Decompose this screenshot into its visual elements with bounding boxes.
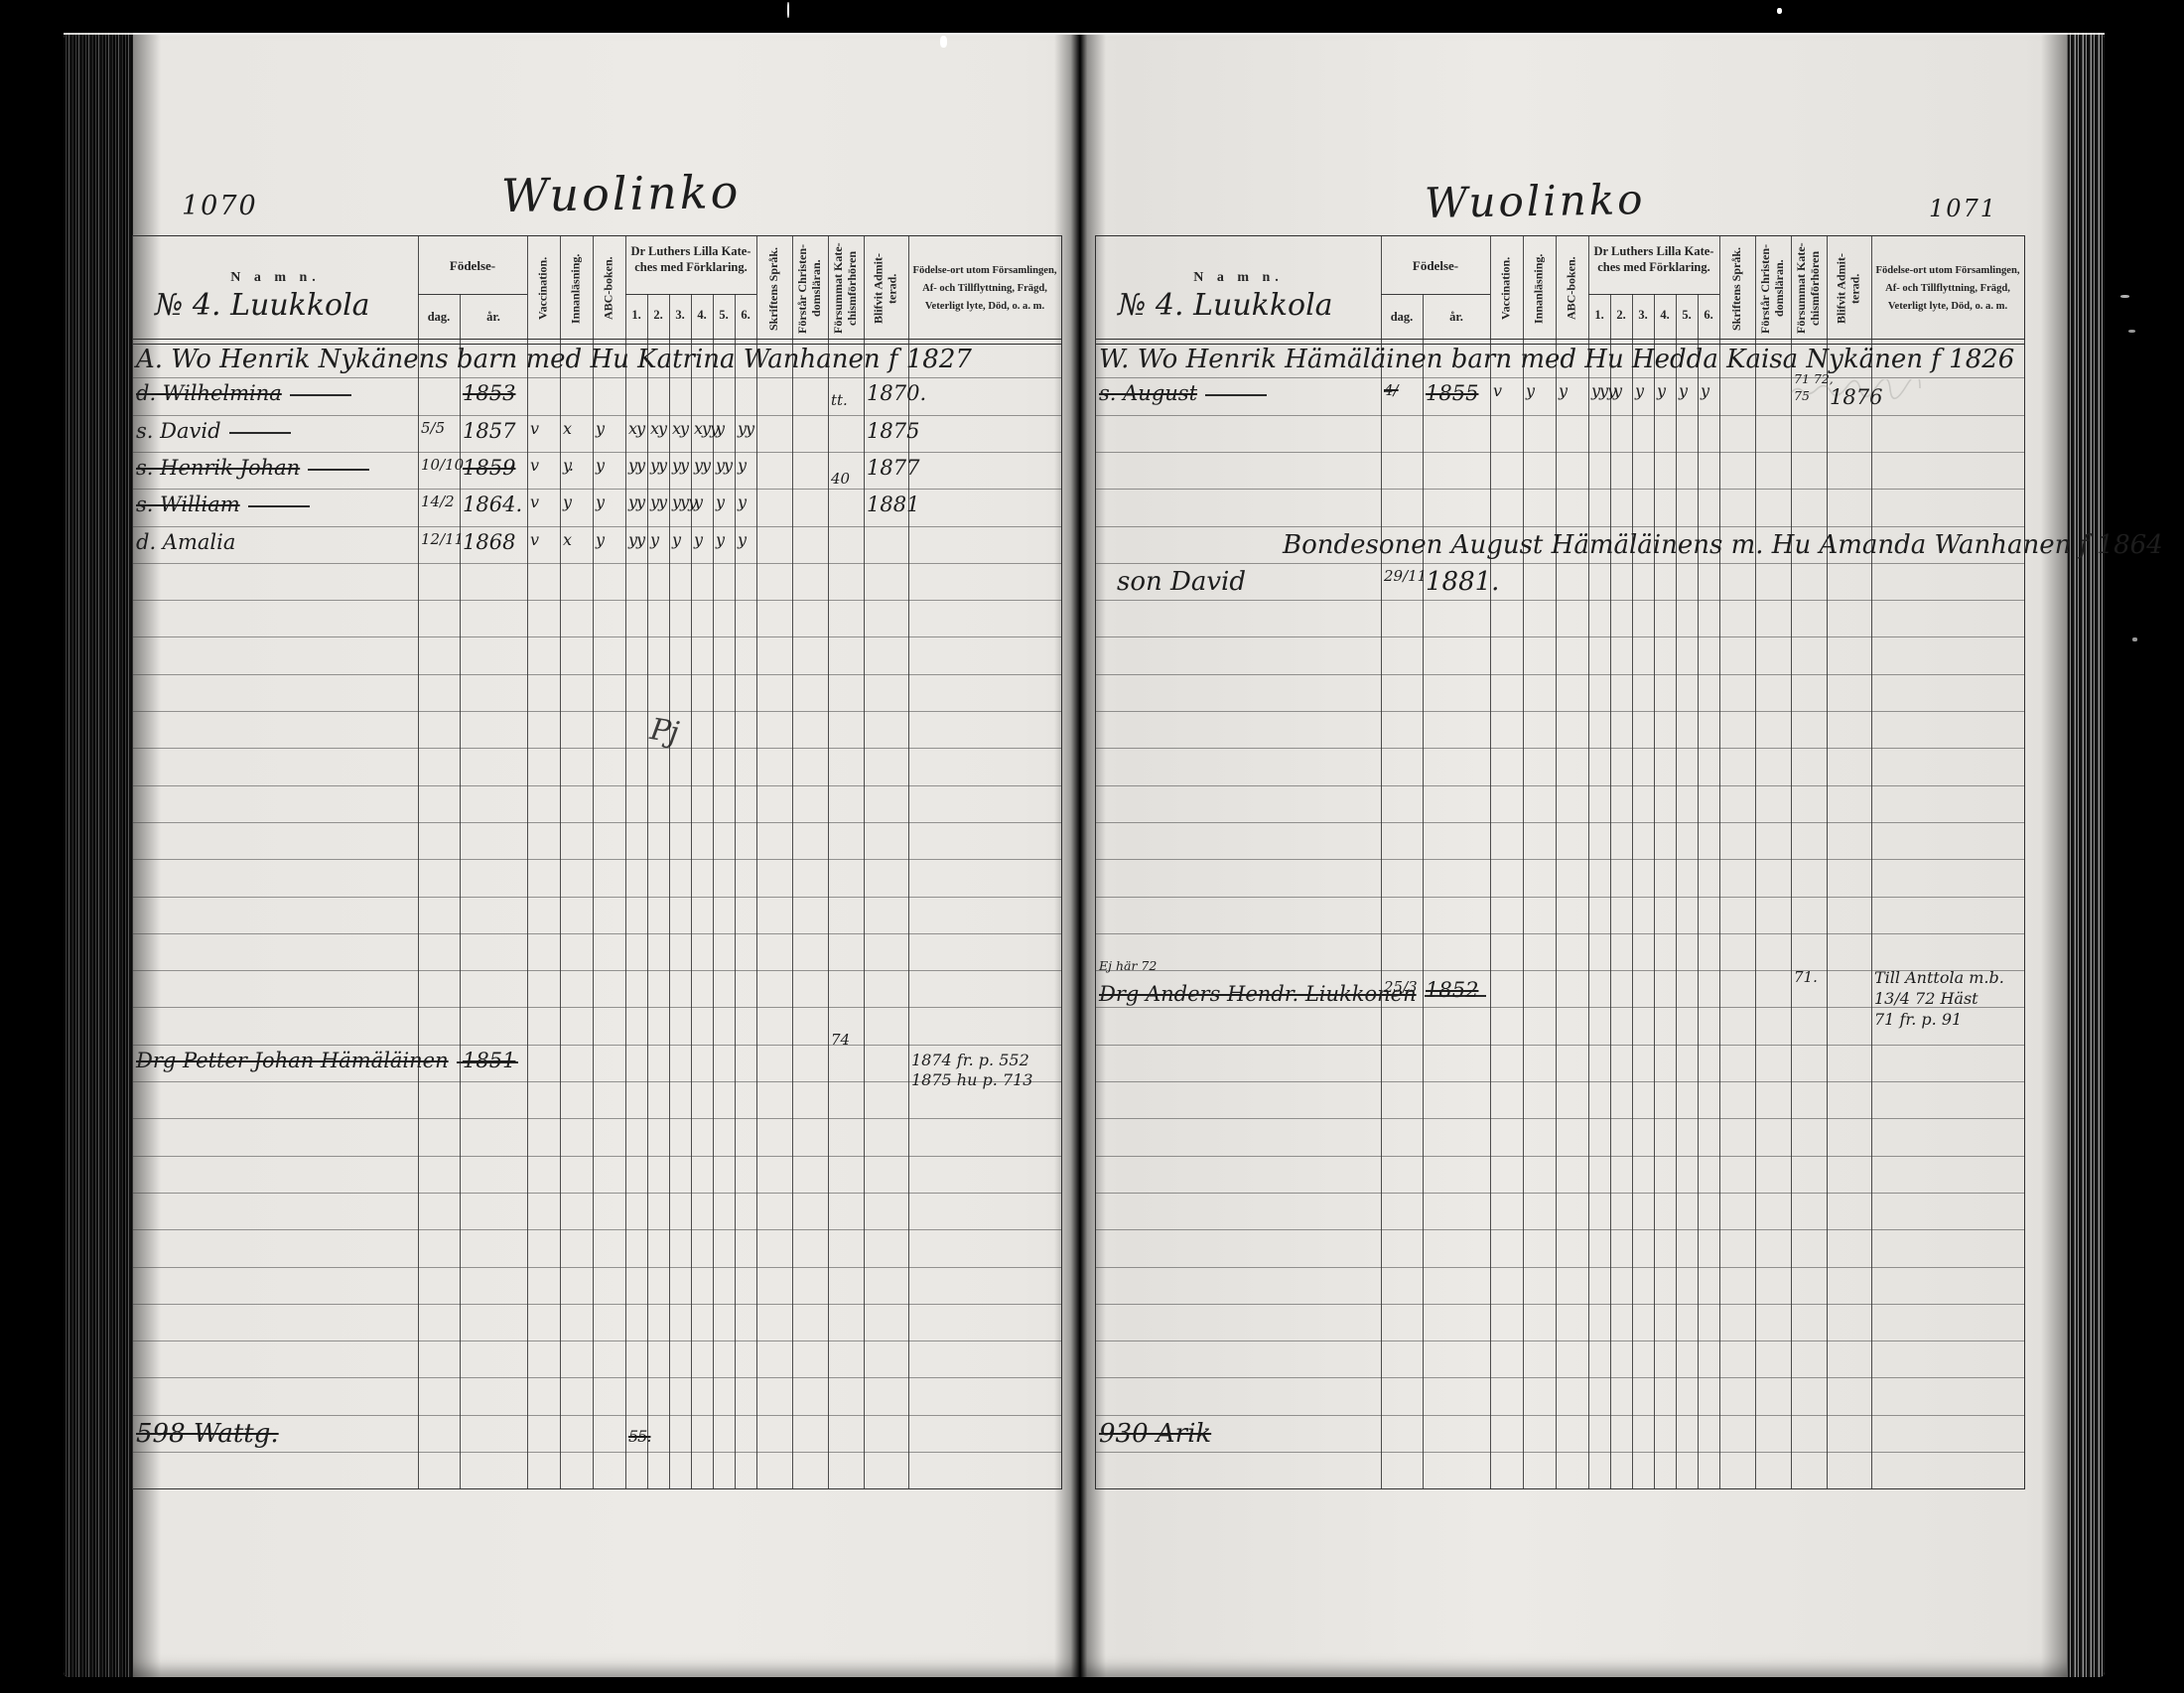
record-vacc: v xyxy=(530,494,538,510)
record-abc: y xyxy=(596,494,604,510)
record-k4: y xyxy=(694,494,702,510)
record-dag: 10/10 xyxy=(421,458,464,473)
record-k1: xy xyxy=(628,421,644,437)
record-notes: 1874 fr. p. 552 1875 hu p. 713 xyxy=(911,1051,1032,1092)
register-table-left: N a m n. № 4. Luukkola Födelse- dag. år.… xyxy=(132,235,1062,1489)
record-forsummat: 71. xyxy=(1794,970,1818,985)
book-page-edges-left xyxy=(64,33,133,1677)
row-rule xyxy=(1096,1488,2024,1489)
record-namn: s. August xyxy=(1099,383,1267,404)
record-ar: 1881. xyxy=(1426,569,1499,595)
record-k1: yy xyxy=(628,458,644,474)
record-k2: y xyxy=(1613,383,1621,399)
record-k5: y xyxy=(716,421,724,437)
record-namn: s. David xyxy=(136,421,291,442)
record-k4: yy xyxy=(694,458,710,474)
record-innan: y xyxy=(563,494,571,510)
record-abc: y xyxy=(1559,383,1567,399)
record-k3: yyy xyxy=(672,494,696,510)
record-k4: y xyxy=(694,532,702,548)
record-k1: yy xyxy=(628,532,644,548)
record-ar: 1851 xyxy=(463,1051,515,1071)
record-namn: A. Wo Henrik Nykänens barn med Hu Katrin… xyxy=(136,347,972,372)
record-notes: Till Anttola m.b. 13/4 72 Häst 71 fr. p.… xyxy=(1874,968,2024,1030)
film-dust xyxy=(1777,8,1782,14)
record-k1: yyy xyxy=(1591,383,1615,399)
record-k6: y xyxy=(738,494,746,510)
record-blifvit: 1870. xyxy=(867,383,926,404)
record-namn: son David xyxy=(1117,569,1246,595)
record-k2: yy xyxy=(650,458,666,474)
register-table-right: N a m n. № 4. Luukkola Födelse- dag. år.… xyxy=(1095,235,2025,1489)
record-k6: y xyxy=(1701,383,1708,399)
record-ar: 1853 xyxy=(463,383,515,404)
record-k3: y xyxy=(672,532,680,548)
record-innan: x xyxy=(563,421,571,437)
record-namn: Ej här 72 xyxy=(1099,960,1157,973)
record-vacc: v xyxy=(1493,383,1501,399)
film-scratch xyxy=(2120,295,2129,298)
record-dag: 14/2 xyxy=(421,494,455,509)
record-k6: y xyxy=(738,532,746,548)
book-top-edge xyxy=(64,33,2105,35)
record-innan: y xyxy=(1526,383,1534,399)
record-namn: Bondesonen August Hämäläinens m. Hu Aman… xyxy=(1283,532,2163,558)
record-k2: yy xyxy=(650,494,666,510)
record-vacc: v xyxy=(530,458,538,474)
record-namn: s. Henrik Johan xyxy=(136,458,369,479)
record-ar: 1857 xyxy=(463,421,515,442)
record-k3: y xyxy=(1635,383,1643,399)
record-namn: 930 Arik xyxy=(1099,1421,1211,1447)
record-k5: y xyxy=(716,494,724,510)
record-k4: xyy xyxy=(694,421,718,437)
record-ar: 1859 xyxy=(463,458,515,479)
page-title-right: Wuolinko xyxy=(1425,175,1646,227)
record-ar: 1864. xyxy=(463,494,522,515)
record-namn: s. William xyxy=(136,494,310,515)
record-namn: W. Wo Henrik Hämäläinen barn med Hu Hedd… xyxy=(1099,347,2014,372)
record-ar: 1855 xyxy=(1426,383,1478,404)
record-k5: yy xyxy=(716,458,732,474)
record-namn: 598 Wattg. xyxy=(136,1421,279,1447)
record-dag: 5/5 xyxy=(421,421,445,436)
record-forsummat: 40 xyxy=(831,472,850,487)
record-blifvit: 1875 xyxy=(867,421,919,442)
record-k2: xy xyxy=(650,421,666,437)
record-k1: yy xyxy=(628,494,644,510)
record-ar: 1868 xyxy=(463,532,515,553)
record-abc: y xyxy=(596,421,604,437)
microfilm-frame: 1070 Wuolinko N a m n. № 4. Luukkola Föd… xyxy=(0,0,2184,1693)
record-blifvit: 1881 xyxy=(867,494,919,515)
record-forsummat: tt. xyxy=(831,393,848,408)
record-innan: y. xyxy=(563,458,573,474)
page-title-left: Wuolinko xyxy=(501,165,742,222)
record-k5: y xyxy=(1679,383,1687,399)
record-k2: y xyxy=(650,532,658,548)
film-dust xyxy=(787,2,789,18)
record-k6: y xyxy=(738,458,746,474)
book-page-edges-right xyxy=(2067,33,2105,1677)
record-k6: yy xyxy=(738,421,753,437)
record-abc: y xyxy=(596,532,604,548)
entries-layer: W. Wo Henrik Hämäläinen barn med Hu Hedd… xyxy=(1096,236,2024,1488)
record-forsummat: 74 xyxy=(831,1033,850,1048)
film-scratch xyxy=(2128,330,2135,333)
record-forsummat: 71 72, 75 xyxy=(1794,371,1834,404)
record-k3: xy xyxy=(672,421,688,437)
record-blifvit: 1877 xyxy=(867,458,919,479)
entries-layer: A. Wo Henrik Nykänens barn med Hu Katrin… xyxy=(133,236,1061,1488)
record-namn: d. Amalia xyxy=(136,532,235,553)
record-vacc: v xyxy=(530,532,538,548)
record-ar: 1852 xyxy=(1426,980,1478,1001)
record-dag: 12/11 xyxy=(421,532,464,547)
record-k5: y xyxy=(716,532,724,548)
record-k3: yy xyxy=(672,458,688,474)
record-namn: Drg Petter Johan Hämäläinen xyxy=(136,1051,518,1071)
record-k1: 55. xyxy=(628,1429,650,1445)
record-vacc: v xyxy=(530,421,538,437)
record-dag: 4/ xyxy=(1384,383,1399,398)
record-dag: 25/3 xyxy=(1384,980,1418,995)
record-dag: 29/11 xyxy=(1384,569,1427,584)
record-blifvit: 1876 xyxy=(1830,387,1882,408)
record-innan: x xyxy=(563,532,571,548)
film-dust xyxy=(940,36,947,48)
row-rule xyxy=(133,1488,1061,1489)
page-number-left: 1070 xyxy=(182,191,258,221)
record-k2: Pj xyxy=(648,715,680,749)
page-number-right: 1071 xyxy=(1929,195,1997,222)
record-namn: d. Wilhelmina xyxy=(136,383,351,404)
film-scratch xyxy=(2132,637,2137,641)
record-abc: y xyxy=(596,458,604,474)
edge-shadow-right xyxy=(2041,33,2069,1677)
record-k4: y xyxy=(1657,383,1665,399)
